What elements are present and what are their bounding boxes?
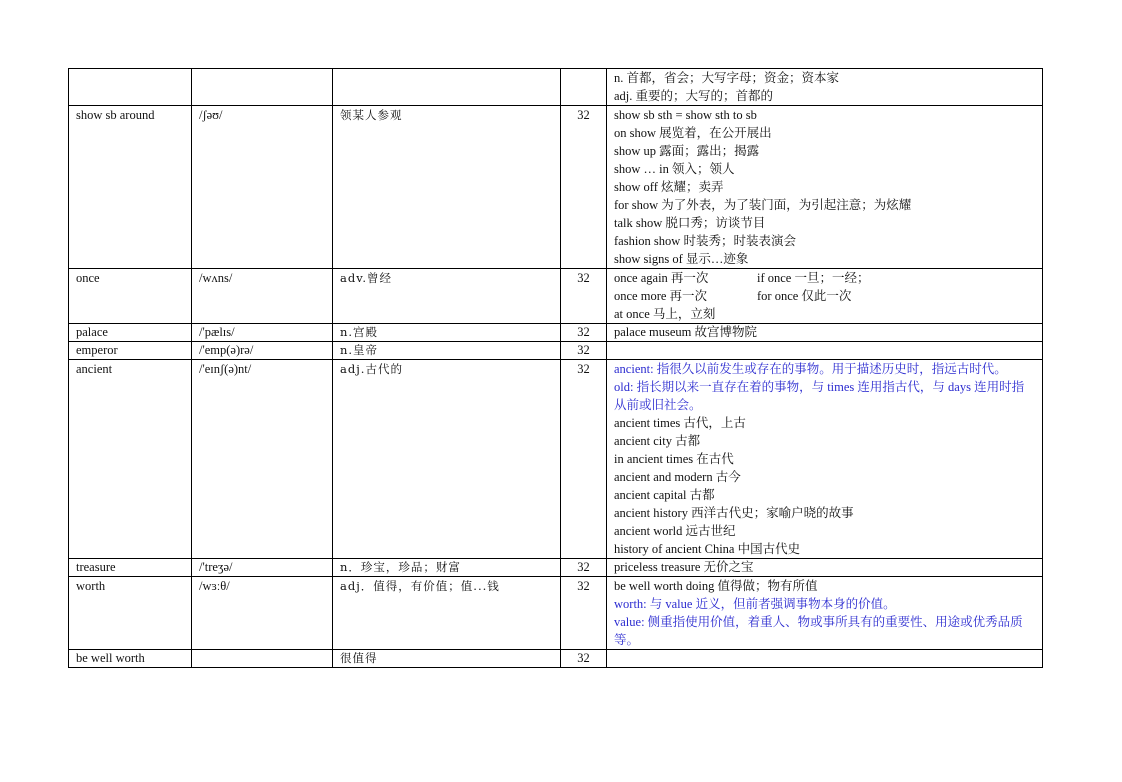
table-row: be well worth 很值得 32: [69, 650, 1043, 668]
page-number-cell: 32: [561, 559, 607, 577]
phrase-note-line: show … in 领入；领人: [614, 160, 1035, 178]
page-number-cell: 32: [561, 360, 607, 559]
notes-cell: be well worth doing 值得做；物有所值worth: 与 val…: [607, 577, 1043, 650]
notes-cell: palace museum 故宫博物院: [607, 324, 1043, 342]
phrase-note-line: ancient times 古代，上古: [614, 414, 1035, 432]
phrase-note-line: show up 露面；露出；揭露: [614, 142, 1035, 160]
notes-cell: ancient: 指很久以前发生或存在的事物。用于描述历史时，指远古时代。old…: [607, 360, 1043, 559]
phonetic-cell: /wɜːθ/: [192, 577, 333, 650]
page-number-cell: 32: [561, 650, 607, 668]
phrase-note-line: ancient and modern 古今: [614, 468, 1035, 486]
word-cell: palace: [69, 324, 192, 342]
table-row: ancient /'eɪnʃ(ə)nt/ adj.古代的 32 ancient:…: [69, 360, 1043, 559]
phrase-note-line: show off 炫耀；卖弄: [614, 178, 1035, 196]
phrase-note-line: show signs of 显示…迹象: [614, 250, 1035, 268]
phrase-note-line: history of ancient China 中国古代史: [614, 540, 1035, 558]
phrase-note-left: once more 再一次: [614, 287, 757, 305]
phrase-note-line: fashion show 时装秀；时装表演会: [614, 232, 1035, 250]
meaning-cell: [333, 69, 561, 106]
vocabulary-table: n. 首都，省会；大写字母；资金；资本家adj. 重要的；大写的；首都的 sho…: [68, 68, 1043, 668]
phrase-note-right: for once 仅此一次: [757, 287, 851, 305]
phrase-note-line: priceless treasure 无价之宝: [614, 559, 1035, 576]
table-row: n. 首都，省会；大写字母；资金；资本家adj. 重要的；大写的；首都的: [69, 69, 1043, 106]
table-row: worth /wɜːθ/ adj．值得，有价值；值...钱 32 be well…: [69, 577, 1043, 650]
phrase-note-line: palace museum 故宫博物院: [614, 324, 1035, 341]
phonetic-cell: [192, 650, 333, 668]
phrase-note-line: be well worth doing 值得做；物有所值: [614, 577, 1035, 595]
usage-note-line: old: 指长期以来一直存在着的事物，与 times 连用指古代，与 days …: [614, 378, 1035, 414]
notes-cell: once again 再一次if once 一旦；一经；once more 再一…: [607, 269, 1043, 324]
vocabulary-table-body: n. 首都，省会；大写字母；资金；资本家adj. 重要的；大写的；首都的 sho…: [69, 69, 1043, 668]
phrase-note-line: talk show 脱口秀；访谈节目: [614, 214, 1035, 232]
phrase-note-line: ancient history 西洋古代史；家喻户晓的故事: [614, 504, 1035, 522]
meaning-cell: adv.曾经: [333, 269, 561, 324]
phrase-note-line: adj. 重要的；大写的；首都的: [614, 87, 1035, 105]
page-number-cell: 32: [561, 269, 607, 324]
table-row: once /wʌns/ adv.曾经 32 once again 再一次if o…: [69, 269, 1043, 324]
page-number-cell: 32: [561, 577, 607, 650]
page-number-cell: 32: [561, 342, 607, 360]
phrase-note-line: show sb sth = show sth to sb: [614, 106, 1035, 124]
word-cell: show sb around: [69, 106, 192, 269]
meaning-cell: 很值得: [333, 650, 561, 668]
usage-note-line: ancient: 指很久以前发生或存在的事物。用于描述历史时，指远古时代。: [614, 360, 1035, 378]
word-cell: worth: [69, 577, 192, 650]
phonetic-cell: [192, 69, 333, 106]
phrase-note-right: if once 一旦；一经；: [757, 269, 869, 287]
table-row: emperor /'emp(ə)rə/ n.皇帝 32: [69, 342, 1043, 360]
meaning-cell: adj.古代的: [333, 360, 561, 559]
notes-cell: [607, 342, 1043, 360]
meaning-cell: adj．值得，有价值；值...钱: [333, 577, 561, 650]
meaning-cell: n．珍宝，珍品；财富: [333, 559, 561, 577]
meaning-cell: 领某人参观: [333, 106, 561, 269]
meaning-cell: n.宫殿: [333, 324, 561, 342]
phrase-note-left: once again 再一次: [614, 269, 757, 287]
phrase-note-line: in ancient times 在古代: [614, 450, 1035, 468]
phrase-note-line: once more 再一次for once 仅此一次: [614, 287, 1035, 305]
notes-cell: [607, 650, 1043, 668]
table-row: treasure /'treʒə/ n．珍宝，珍品；财富 32 priceles…: [69, 559, 1043, 577]
table-row: show sb around /ʃəʊ/ 领某人参观 32 show sb st…: [69, 106, 1043, 269]
phonetic-cell: /'treʒə/: [192, 559, 333, 577]
notes-cell: show sb sth = show sth to sbon show 展览着，…: [607, 106, 1043, 269]
phonetic-cell: /'emp(ə)rə/: [192, 342, 333, 360]
phonetic-cell: /'pælɪs/: [192, 324, 333, 342]
meaning-cell: n.皇帝: [333, 342, 561, 360]
phrase-note-line: for show 为了外表，为了装门面，为引起注意；为炫耀: [614, 196, 1035, 214]
word-cell: ancient: [69, 360, 192, 559]
page-number-cell: 32: [561, 106, 607, 269]
word-cell: treasure: [69, 559, 192, 577]
phonetic-cell: /'eɪnʃ(ə)nt/: [192, 360, 333, 559]
usage-note-line: worth: 与 value 近义，但前者强调事物本身的价值。: [614, 595, 1035, 613]
phrase-note-line: on show 展览着，在公开展出: [614, 124, 1035, 142]
page-number-cell: 32: [561, 324, 607, 342]
notes-cell: priceless treasure 无价之宝: [607, 559, 1043, 577]
table-row: palace /'pælɪs/ n.宫殿 32 palace museum 故宫…: [69, 324, 1043, 342]
word-cell: emperor: [69, 342, 192, 360]
phrase-note-line: at once 马上，立刻: [614, 305, 1035, 323]
word-cell: be well worth: [69, 650, 192, 668]
word-cell: once: [69, 269, 192, 324]
phrase-note-line: ancient world 远古世纪: [614, 522, 1035, 540]
phonetic-cell: /ʃəʊ/: [192, 106, 333, 269]
phrase-note-line: ancient capital 古都: [614, 486, 1035, 504]
phrase-note-line: ancient city 古都: [614, 432, 1035, 450]
phrase-note-line: n. 首都，省会；大写字母；资金；资本家: [614, 69, 1035, 87]
usage-note-line: value: 侧重指使用价值，着重人、物或事所具有的重要性、用途或优秀品质等。: [614, 613, 1035, 649]
phonetic-cell: /wʌns/: [192, 269, 333, 324]
page-number-cell: [561, 69, 607, 106]
notes-cell: n. 首都，省会；大写字母；资金；资本家adj. 重要的；大写的；首都的: [607, 69, 1043, 106]
word-cell: [69, 69, 192, 106]
phrase-note-line: once again 再一次if once 一旦；一经；: [614, 269, 1035, 287]
